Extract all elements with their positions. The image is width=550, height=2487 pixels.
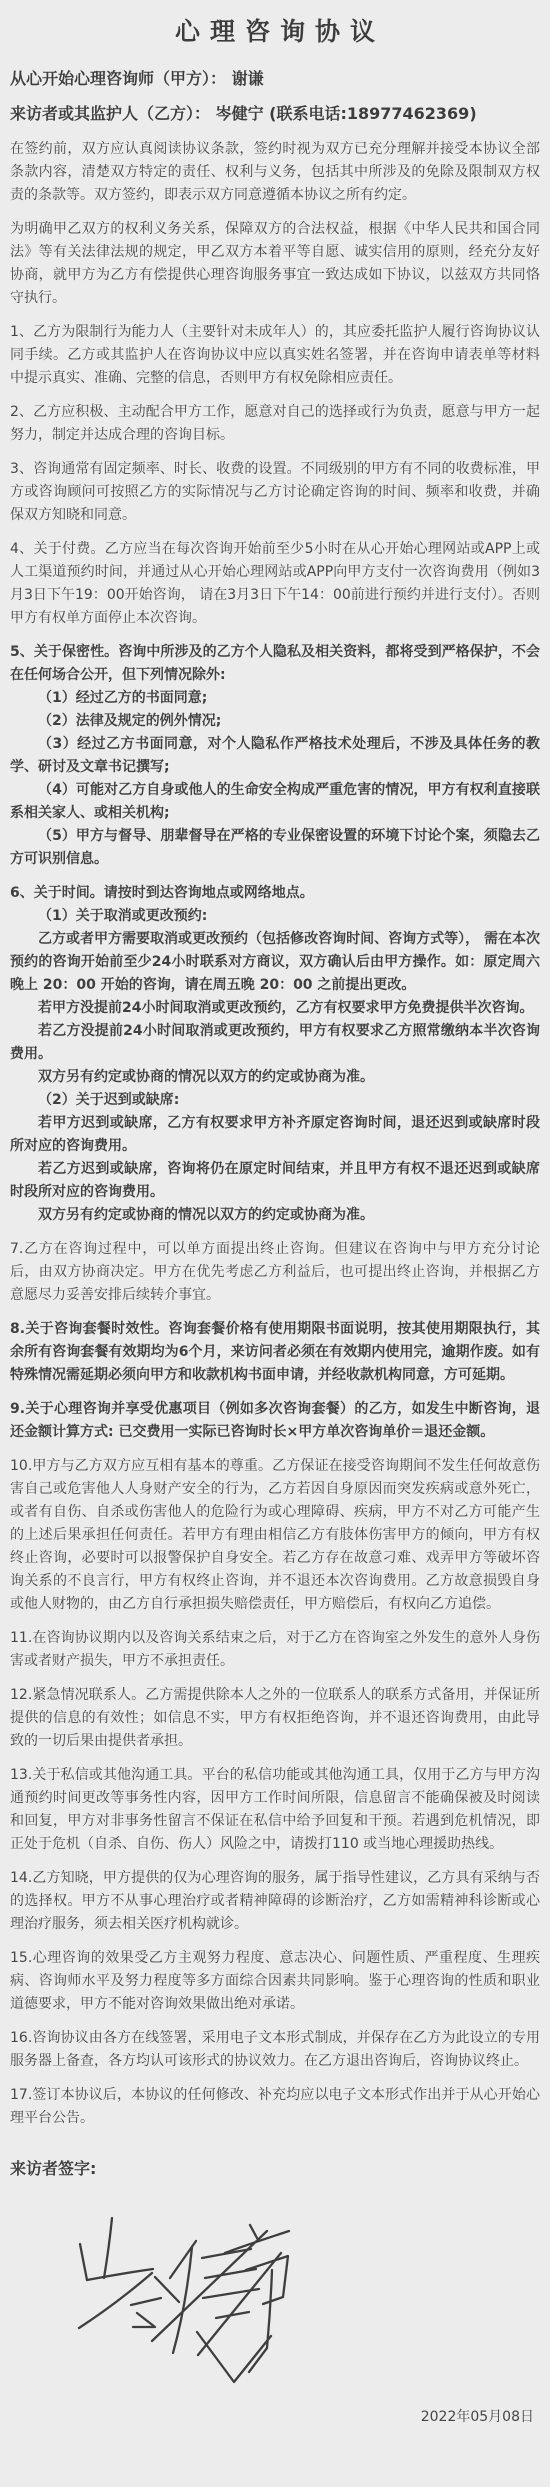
party-a-line: 从心开始心理咨询师（甲方）： 谢谦 [10, 68, 540, 90]
agreement-paragraph: 10.甲方与乙方双方应互相有基本的尊重。乙方保证在接受咨询期间不发生任何故意伤害… [10, 1455, 540, 1616]
agreement-paragraph: 双方另有约定或协商的情况以双方的约定或协商为准。 [10, 1066, 540, 1089]
agreement-paragraph: 2、乙方应积极、主动配合甲方工作，愿意对自己的选择或行为负责，愿意与甲方一起努力… [10, 401, 540, 447]
agreement-paragraph: （3）经过乙方书面同意，对个人隐私作严格技术处理后，不涉及具体任务的教学、研讨及… [10, 733, 540, 779]
agreement-paragraph: 3、咨询通常有固定频率、时长、收费的设置。不同级别的甲方有不同的收费标准，甲方或… [10, 458, 540, 527]
signature-date: 2022年05月08日 [10, 2407, 540, 2427]
agreement-paragraph: 16.咨询协议由各方在线签署，采用电子文本形式制成，并保存在乙方为此设立的专用服… [10, 2027, 540, 2073]
agreement-page: 心理咨询协议 从心开始心理咨询师（甲方）： 谢谦 来访者或其监护人（乙方）： 岑… [0, 0, 550, 2487]
agreement-paragraph: 若甲方没提前24小时间取消或更改预约，乙方有权要求甲方免费提供半次咨询。 [10, 997, 540, 1020]
agreement-paragraph: （4）可能对乙方自身或他人的生命安全构成严重危害的情况，甲方有权利直接联系相关家… [10, 779, 540, 825]
agreement-paragraph: 乙方或者甲方需要取消或更改预约（包括修改咨询时间、咨询方式等）， 需在本次预约的… [10, 928, 540, 997]
agreement-paragraph: 若甲方迟到或缺席，乙方有权要求甲方补齐原定咨询时间，退还迟到或缺席时段所对应的咨… [10, 1112, 540, 1158]
agreement-paragraph: 6、关于时间。请按时到达咨询地点或网络地点。 [10, 882, 540, 905]
agreement-body: 在签约前，双方应认真阅读协议条款，签约时视为双方已充分理解并接受本协议全部条款内… [10, 138, 540, 2130]
agreement-paragraph: 17.签订本协议后，本协议的任何修改、补充均应以电子文本形式作出并于从心开始心理… [10, 2084, 540, 2130]
party-b-line: 来访者或其监护人（乙方）： 岑健宁 (联系电话:18977462369) [10, 103, 540, 125]
agreement-paragraph: 为明确甲乙双方的权利义务关系，保障双方的合法权益，根据《中华人民共和国合同法》等… [10, 218, 540, 310]
agreement-paragraph: 5、关于保密性。咨询中所涉及的乙方个人隐私及相关资料，都将受到严格保护，不会在任… [10, 641, 540, 687]
agreement-paragraph: （1）经过乙方的书面同意; [10, 687, 540, 710]
agreement-paragraph: 1、乙方为限制行为能力人（主要针对未成年人）的，其应委托监护人履行咨询协议认同手… [10, 321, 540, 390]
agreement-paragraph: 双方另有约定或协商的情况以双方的约定或协商为准。 [10, 1204, 540, 1227]
document-title: 心理咨询协议 [10, 12, 540, 48]
handwritten-signature [60, 2196, 300, 2391]
signature-ink-drawing [60, 2196, 300, 2391]
agreement-paragraph: 4、关于付费。乙方应当在每次咨询开始前至少5小时在从心开始心理网站或APP上或人… [10, 538, 540, 630]
agreement-paragraph: （2）关于迟到或缺席: [10, 1089, 540, 1112]
agreement-paragraph: 13.关于私信或其他沟通工具。平台的私信功能或其他沟通工具，仅用于乙方与甲方沟通… [10, 1764, 540, 1856]
agreement-paragraph: 11.在咨询协议期内以及咨询关系结束之后，对于乙方在咨询室之外发生的意外人身伤害… [10, 1627, 540, 1673]
agreement-paragraph: （1）关于取消或更改预约: [10, 905, 540, 928]
agreement-paragraph: （2）法律及规定的例外情况; [10, 710, 540, 733]
agreement-paragraph: 15.心理咨询的效果受乙方主观努力程度、意志决心、问题性质、严重程度、生理疾病、… [10, 1947, 540, 2016]
visitor-signature-label: 来访者签字: [10, 2158, 540, 2180]
agreement-paragraph: 12.紧急情况联系人。乙方需提供除本人之外的一位联系人的联系方式备用，并保证所提… [10, 1684, 540, 1753]
agreement-paragraph: 若乙方没提前24小时间取消或更改预约，甲方有权要求乙方照常缴纳本半次咨询费用。 [10, 1020, 540, 1066]
agreement-paragraph: 7.乙方在咨询过程中，可以单方面提出终止咨询。但建议在咨询中与甲方充分讨论后，由… [10, 1238, 540, 1307]
agreement-paragraph: 14.乙方知晓，甲方提供的仅为心理咨询的服务，属于指导性建议，乙方具有采纳与否的… [10, 1867, 540, 1936]
agreement-paragraph: （5）甲方与督导、朋辈督导在严格的专业保密设置的环境下讨论个案，须隐去乙方可识别… [10, 825, 540, 871]
agreement-paragraph: 8.关于咨询套餐时效性。咨询套餐价格有使用期限书面说明，按其使用期限执行，其余所… [10, 1318, 540, 1387]
agreement-paragraph: 若乙方迟到或缺席，咨询将仍在原定时间结束，并且甲方有权不退还迟到或缺席时段所对应… [10, 1158, 540, 1204]
agreement-paragraph: 在签约前，双方应认真阅读协议条款，签约时视为双方已充分理解并接受本协议全部条款内… [10, 138, 540, 207]
agreement-paragraph: 9.关于心理咨询并享受优惠项目（例如多次咨询套餐）的乙方，如发生中断咨询，退还金… [10, 1398, 540, 1444]
